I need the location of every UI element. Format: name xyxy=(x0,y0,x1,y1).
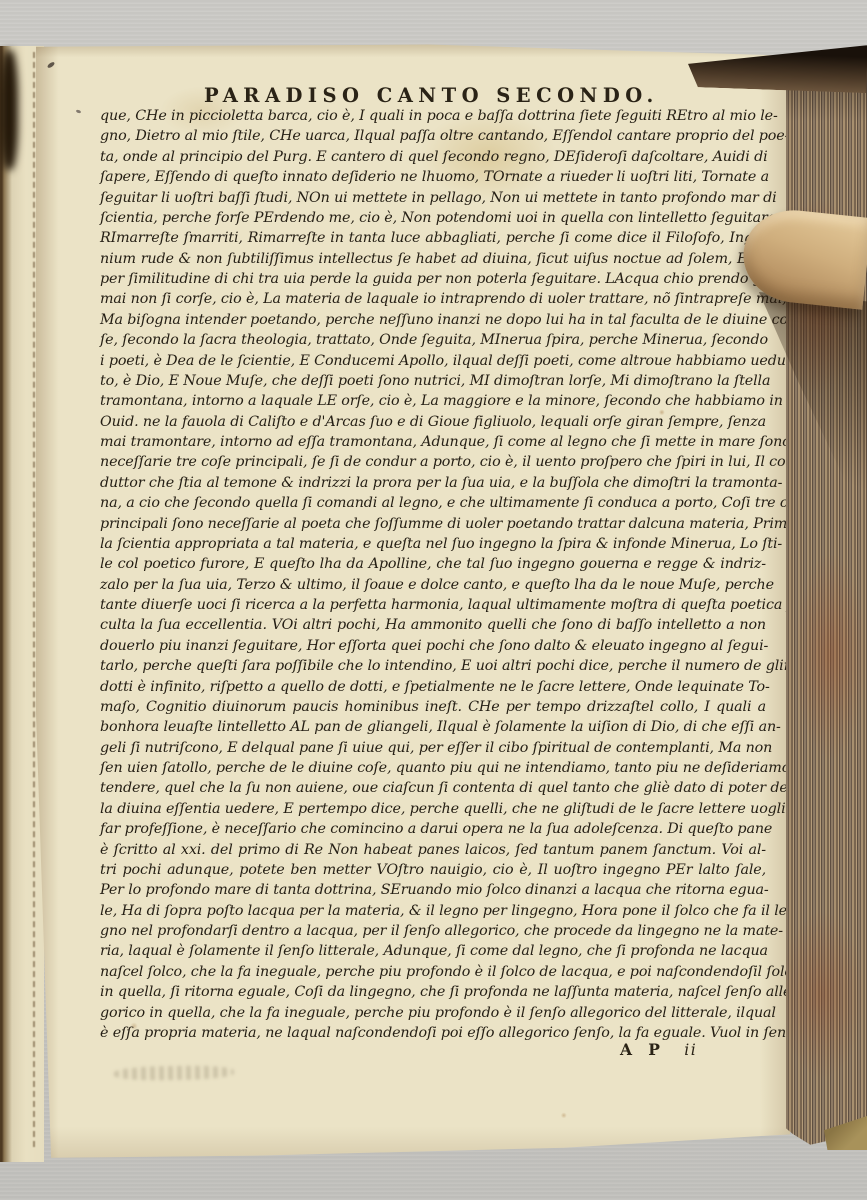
text-line: è ſcritto al xxi. del primo di Re Non ha… xyxy=(100,840,766,860)
text-line: maſo, Cognitio diuinorum paucis hominibu… xyxy=(100,697,766,717)
text-line: la ſcientia appropriata a tal materia, e… xyxy=(100,534,766,554)
text-line: ta, onde al principio del Purg. E canter… xyxy=(100,147,766,167)
text-line: i poeti, è Dea de le ſcientie, E Conduce… xyxy=(100,351,766,371)
text-line: gorico in quella, che la fa ineguale, pe… xyxy=(100,1003,766,1023)
text-line: far profeſſione, è neceſſario che cominc… xyxy=(100,819,766,839)
text-line: douerlo piu inanzi ſeguitare, Hor eſſort… xyxy=(100,636,766,656)
text-line: ſeguitar li uoſtri baſſi ſtudi, NOn ui m… xyxy=(100,188,766,208)
book-page: PARADISO CANTO SECONDO. que, CHe in picc… xyxy=(36,44,790,1160)
text-line: le col poetico furore, E queſto lha da A… xyxy=(100,554,766,574)
text-line: ſe, ſecondo la ſacra theologia, trattato… xyxy=(100,330,766,350)
text-line: Per lo profondo mare di tanta dottrina, … xyxy=(100,880,766,900)
photo-background: PARADISO CANTO SECONDO. que, CHe in picc… xyxy=(0,0,867,1200)
text-line: gno, Dietro al mio ſtile, CHe uarca, Ilq… xyxy=(100,126,766,146)
spine-shadow xyxy=(0,50,18,170)
text-line: mai tramontare, intorno ad eſſa tramonta… xyxy=(100,432,766,452)
text-line: principali ſono neceſſarie al poeta che … xyxy=(100,514,766,534)
text-line: mai non ſi corſe, cio è, La materia de l… xyxy=(100,289,766,309)
ink-show-through xyxy=(114,1065,234,1081)
text-line: ſcientia, perche forſe PErdendo me, cio … xyxy=(100,208,766,228)
gutter-crease xyxy=(33,52,35,1147)
text-line: culta la ſua eccellentia. VOi altri poch… xyxy=(100,615,766,635)
page-header: PARADISO CANTO SECONDO. xyxy=(204,84,659,107)
text-line: to, è Dio, E Noue Muſe, che deſſi poeti … xyxy=(100,371,766,391)
text-line: zalo per la ſua uia, Terzo & ultimo, il … xyxy=(100,575,766,595)
text-line: ſapere, Eſſendo di queſto innato deſider… xyxy=(100,167,766,187)
top-edge-pages xyxy=(687,39,867,93)
text-line: naſcel ſolco, che la fa ineguale, perche… xyxy=(100,962,766,982)
text-line: tendere, quel che la ſu non auiene, oue … xyxy=(100,778,766,798)
signature-numeral: ii xyxy=(684,1041,697,1059)
text-line: duttor che ſtia al temone & indrizzi la … xyxy=(100,473,766,493)
text-line: nium rude & non ſubtiliſſimus intellectu… xyxy=(100,249,766,269)
text-line: na, a cio che ſecondo quella ſi comandi … xyxy=(100,493,766,513)
body-text: que, CHe in piccioletta barca, cio è, I … xyxy=(100,106,766,1043)
text-line: neceſſarie tre coſe principali, ſe ſi de… xyxy=(100,452,766,472)
text-line: geli ſi nutriſcono, E delqual pane ſi ui… xyxy=(100,738,766,758)
text-line: RImarreſte ſmarriti, Rimarreſte in tanta… xyxy=(100,228,766,248)
signature-letters: A P xyxy=(620,1040,665,1059)
text-line: per ſimilitudine di chi tra uia perde la… xyxy=(100,269,766,289)
text-line: in quella, ſi ritorna eguale, Coſi da li… xyxy=(100,982,766,1002)
text-line: bonhora leuaſte lintelletto AL pan de gl… xyxy=(100,717,766,737)
text-line: Ouid. ne la fauola di Caliſto e d'Arcas … xyxy=(100,412,766,432)
text-line: dotti è infinito, riſpetto a quello de d… xyxy=(100,677,766,697)
text-line: tarlo, perche queſti ſara poſſibile che … xyxy=(100,656,766,676)
text-line: ſen uien ſatollo, perche de le diuine co… xyxy=(100,758,766,778)
text-line: le, Ha di ſopra poſto lacqua per la mate… xyxy=(100,901,766,921)
text-line: que, CHe in piccioletta barca, cio è, I … xyxy=(100,106,766,126)
text-line: ria, laqual è ſolamente il ſenſo littera… xyxy=(100,941,766,961)
text-line: la diuina eſſentia uedere, E pertempo di… xyxy=(100,799,766,819)
text-line: Ma biſogna intender poetando, perche neſ… xyxy=(100,310,766,330)
text-line: tante diuerſe uoci ſi ricerca a la perfe… xyxy=(100,595,766,615)
text-line: tramontana, intorno a laquale LE orſe, c… xyxy=(100,391,766,411)
text-line: gno nel profondarſi dentro a lacqua, per… xyxy=(100,921,766,941)
text-line: tri pochi adunque, potete ben metter VOſ… xyxy=(100,860,766,880)
signature-mark: A P ii xyxy=(620,1040,697,1059)
